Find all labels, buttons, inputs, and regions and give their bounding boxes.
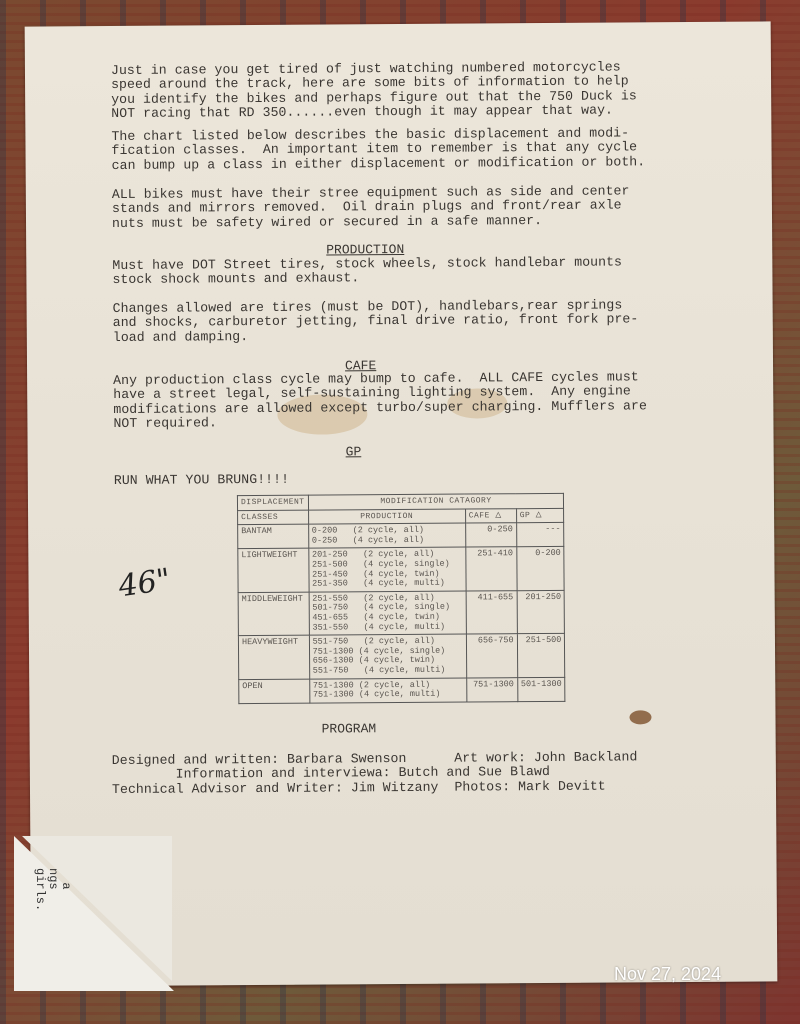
cell-gp: 501-1300 (517, 677, 565, 702)
table-row: LIGHTWEIGHT201-250 (2 cycle, all) 251-50… (238, 547, 565, 593)
production-paragraph-2: Changes allowed are tires (must be DOT),… (113, 298, 639, 345)
production-paragraph-1: Must have DOT Street tires, stock wheels… (112, 255, 622, 287)
warning-triangle-icon: △ (495, 511, 502, 521)
photo-date-stamp: Nov 27, 2024 (614, 964, 721, 985)
cell-cafe: 0-250 (465, 523, 516, 548)
cell-production: 751-1300 (2 cycle, all) 751-1300 (4 cycl… (309, 678, 466, 703)
table-row: HEAVYWEIGHT551-750 (2 cycle, all) 751-13… (238, 633, 565, 679)
cell-cafe: 251-410 (465, 547, 516, 591)
cell-production: 201-250 (2 cycle, all) 251-500 (4 cycle,… (308, 547, 465, 591)
folded-corner-text: a ngs girls. (33, 868, 72, 911)
handwritten-note: 46" (116, 562, 173, 604)
intro-paragraph-2: The chart listed below describes the bas… (111, 126, 645, 173)
program-credits: Designed and written: Barbara Swenson Ar… (112, 750, 638, 797)
header-displacement: DISPLACEMENT (237, 495, 308, 510)
cell-gp: --- (516, 523, 564, 548)
cell-class: BANTAM (238, 524, 309, 549)
cell-class: MIDDLEWEIGHT (238, 592, 309, 636)
dark-stain (629, 710, 651, 724)
header-classes: CLASSES (238, 510, 309, 525)
program-heading: PROGRAM (322, 721, 377, 736)
header-gp: GP (520, 511, 531, 520)
cell-class: HEAVYWEIGHT (238, 635, 309, 679)
cafe-paragraph: Any production class cycle may bump to c… (113, 370, 647, 431)
cell-cafe: 656-750 (466, 634, 517, 678)
table-row: OPEN751-1300 (2 cycle, all) 751-1300 (4 … (239, 677, 566, 703)
table-row: BANTAM0-200 (2 cycle, all) 0-250 (4 cycl… (238, 523, 565, 549)
cell-production: 0-200 (2 cycle, all) 0-250 (4 cycle, all… (308, 523, 465, 548)
header-production: PRODUCTION (308, 509, 465, 525)
cell-gp: 201-250 (517, 590, 565, 634)
cell-cafe: 751-1300 (466, 677, 517, 702)
warning-triangle-icon: △ (536, 511, 543, 521)
cell-production: 551-750 (2 cycle, all) 751-1300 (4 cycle… (309, 634, 466, 678)
intro-paragraph-3: ALL bikes must have their stree equipmen… (112, 184, 630, 231)
cell-gp: 251-500 (517, 633, 565, 677)
cell-cafe: 411-655 (466, 590, 517, 634)
table-row: MIDDLEWEIGHT251-550 (2 cycle, all) 501-7… (238, 590, 565, 636)
cell-class: LIGHTWEIGHT (238, 549, 309, 593)
cell-gp: 0-200 (516, 547, 564, 591)
gp-paragraph: RUN WHAT YOU BRUNG!!!! (114, 473, 289, 489)
header-cafe: CAFE (469, 511, 490, 520)
gp-heading: GP (346, 444, 362, 459)
intro-paragraph-1: Just in case you get tired of just watch… (111, 60, 637, 121)
cell-class: OPEN (239, 679, 310, 704)
cell-production: 251-550 (2 cycle, all) 501-750 (4 cycle,… (309, 591, 466, 635)
class-chart: DISPLACEMENT MODIFICATION CATAGORY CLASS… (237, 493, 566, 704)
